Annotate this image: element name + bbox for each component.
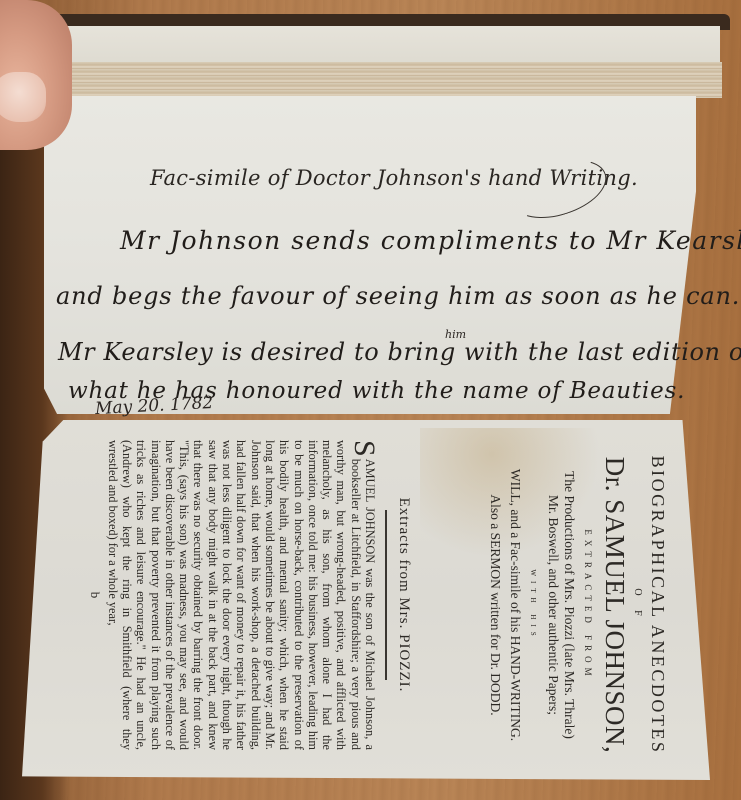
title-page-text: BIOGRAPHICAL ANECDOTES O F Dr. SAMUEL JO… — [487, 455, 668, 755]
extract-dropcap: S — [351, 440, 377, 457]
handwriting-line-3: Mr Kearsley is desired to bring with the… — [58, 338, 741, 366]
title-productions-line-2: Mr. Boswell, and other authentic Papers; — [545, 455, 561, 755]
extract-rule — [385, 510, 387, 680]
title-will-line: WILL, and a Fac-simile of his HAND-WRITI… — [507, 455, 523, 755]
title-sermon-line: Also a SERMON written for Dr. DODD. — [487, 455, 503, 755]
page-edges — [64, 62, 722, 98]
handwriting-line-2: and begs the favour of seeing him as soo… — [56, 282, 740, 310]
thumb-nail — [0, 72, 46, 122]
signature-mark: b — [87, 440, 103, 750]
facsimile-page — [44, 96, 696, 414]
title-heading: BIOGRAPHICAL ANECDOTES — [647, 455, 668, 755]
title-productions-line-1: The Productions of Mrs. Piozzi (late Mrs… — [561, 455, 577, 755]
title-name: Dr. SAMUEL JOHNSON, — [599, 455, 630, 755]
thumb — [0, 0, 72, 150]
extract-text: Extracts from Mrs. PIOZZI. SAMUEL JOHNSO… — [87, 440, 412, 750]
title-of: O F — [632, 455, 643, 755]
handwriting-line-1: Mr Johnson sends compliments to Mr Kears… — [120, 226, 741, 255]
title-with-his: WITH HIS — [529, 455, 537, 755]
extract-body: SAMUEL JOHNSON was the son of Michael Jo… — [105, 440, 377, 750]
title-extracted-from: EXTRACTED FROM — [583, 455, 593, 755]
page-stack — [36, 26, 720, 64]
extract-heading: Extracts from Mrs. PIOZZI. — [395, 440, 412, 750]
extract-paragraph: AMUEL JOHNSON was the son of Michael Joh… — [106, 440, 377, 750]
